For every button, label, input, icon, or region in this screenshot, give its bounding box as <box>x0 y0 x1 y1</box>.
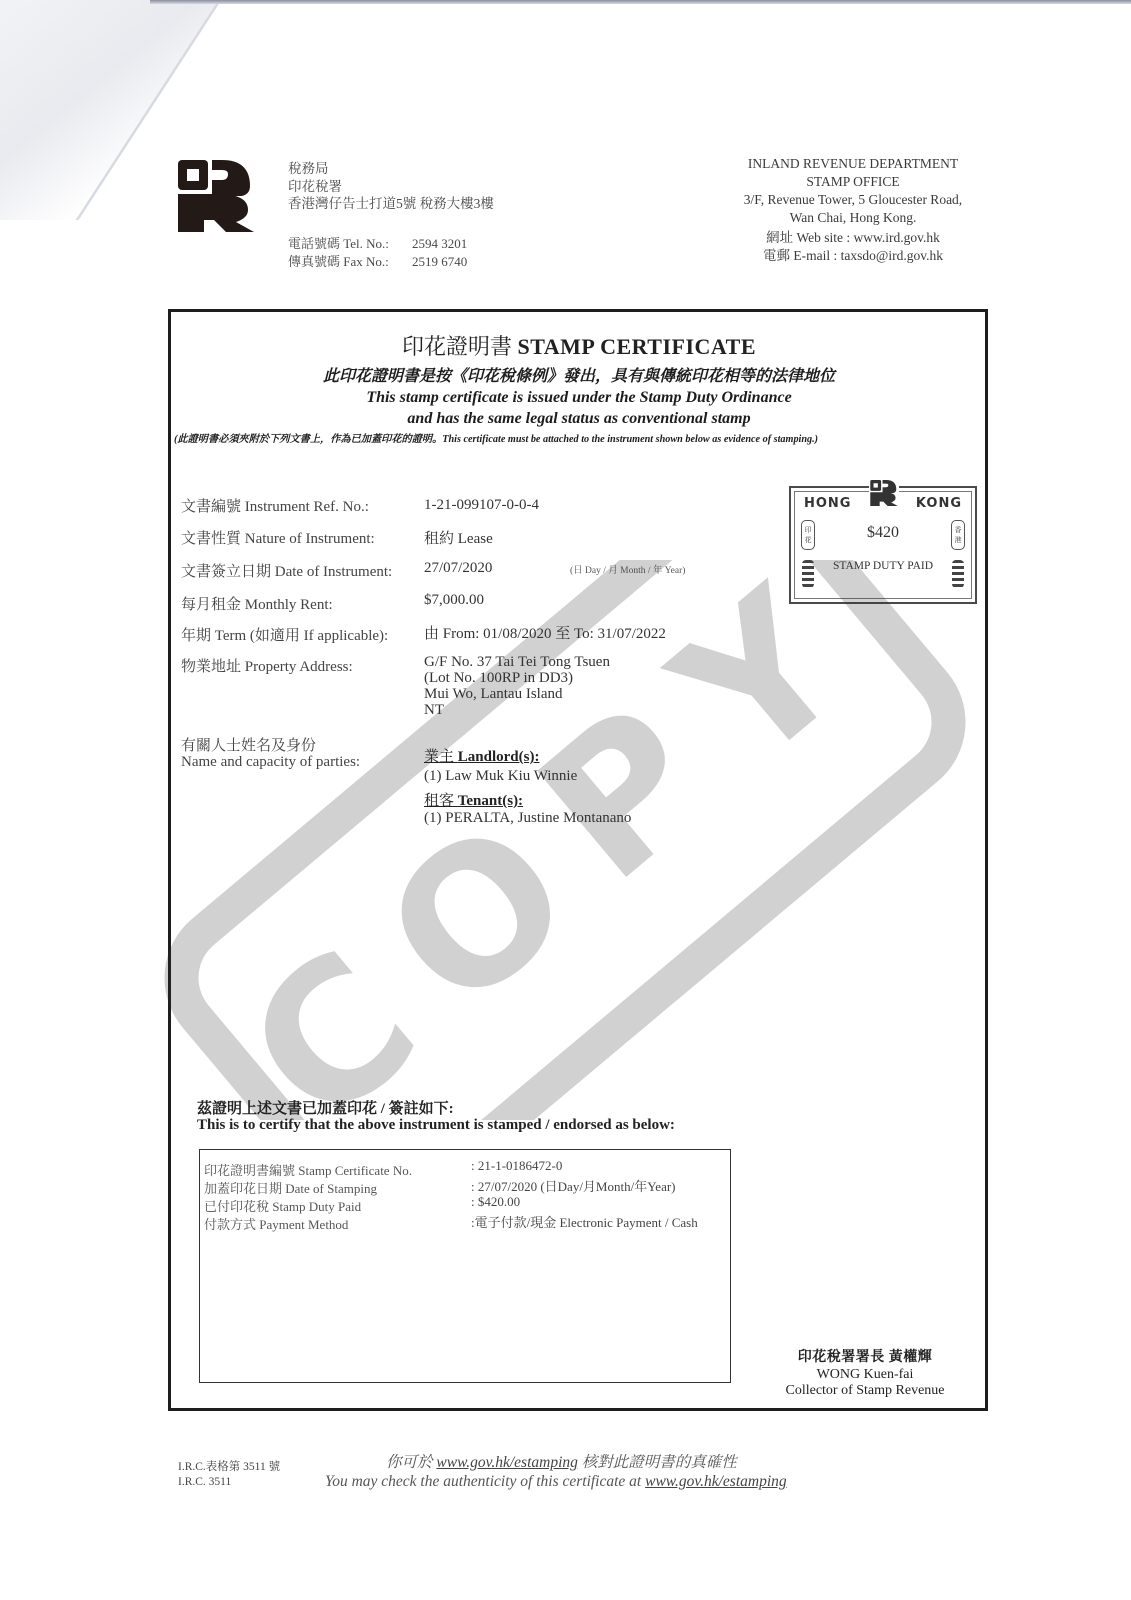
stamping-date-label: 加蓋印花日期 Date of Stamping <box>204 1178 377 1197</box>
date-label: 文書簽立日期 Date of Instrument: <box>181 560 392 581</box>
form-number-cn: I.R.C.表格第 3511 號 <box>178 1458 280 1474</box>
address-line: G/F No. 37 Tai Tei Tong Tsuen <box>424 654 610 670</box>
duty-paid-label: 已付印花稅 Stamp Duty Paid <box>204 1196 361 1215</box>
letterhead-en: INLAND REVENUE DEPARTMENT STAMP OFFICE 3… <box>728 155 978 265</box>
certificate-title: 印花證明書 STAMP CERTIFICATE <box>168 330 990 361</box>
landlord-item: (1) Law Muk Kiu Winnie <box>424 768 577 785</box>
landlord-heading-cn: 業主 <box>424 749 454 765</box>
property-address: G/F No. 37 Tai Tei Tong Tsuen (Lot No. 1… <box>424 654 610 718</box>
instrument-ref-value: 1-21-099107-0-0-4 <box>424 497 539 514</box>
stamp-amount: $420 <box>791 524 975 542</box>
address-line: (Lot No. 100RP in DD3) <box>424 670 610 686</box>
tenant-heading-cn: 租客 <box>424 793 454 809</box>
scan-edge <box>150 0 1131 4</box>
term-value: 由 From: 01/08/2020 至 To: 31/07/2022 <box>424 622 666 643</box>
signatory-cn: 印花稅署署長 黃權輝 <box>760 1346 970 1366</box>
address-label: 物業地址 Property Address: <box>181 655 353 676</box>
stamp-hong: HONG <box>801 496 854 511</box>
verify-cn-pre: 你可於 <box>386 1454 433 1471</box>
address-en-2: Wan Chai, Hong Kong. <box>728 209 978 227</box>
address-line: Mui Wo, Lantau Island <box>424 686 610 702</box>
email-link[interactable]: taxsdo@ird.gov.hk <box>841 248 943 263</box>
stamp-paid-text: STAMP DUTY PAID <box>791 560 975 572</box>
tel-label: 電話號碼 Tel. No.: <box>288 235 412 253</box>
payment-method-label: 付款方式 Payment Method <box>204 1214 348 1233</box>
tenant-item: (1) PERALTA, Justine Montanano <box>424 810 631 827</box>
certify-heading-en: This is to certify that the above instru… <box>197 1117 675 1134</box>
email-label: 電郵 E-mail : <box>763 248 837 263</box>
verify-cn-post: 核對此證明書的真確性 <box>582 1454 737 1471</box>
office-cn: 印花稅署 <box>288 178 494 196</box>
dept-en: INLAND REVENUE DEPARTMENT <box>728 155 978 173</box>
office-en: STAMP OFFICE <box>728 173 978 191</box>
signatory-name: WONG Kuen-fai <box>760 1367 970 1383</box>
term-label: 年期 Term (如適用 If applicable): <box>181 624 388 645</box>
subtitle-cn: 此印花證明書是按《印花稅條例》發出，具有與傳統印花相等的法律地位 <box>168 366 990 387</box>
subtitle-en-2: and has the same legal status as convent… <box>168 408 990 429</box>
monthly-rent-label: 每月租金 Monthly Rent: <box>181 593 333 614</box>
fax-number: 2519 6740 <box>412 253 467 271</box>
verify-en-pre: You may check the authenticity of this c… <box>325 1473 641 1490</box>
certify-heading-cn: 茲證明上述文書已加蓋印花 / 簽註如下: <box>197 1097 454 1118</box>
tenant-heading: 租客 Tenant(s): <box>424 789 523 810</box>
address-en-1: 3/F, Revenue Tower, 5 Gloucester Road, <box>728 191 978 209</box>
dept-cn: 稅務局 <box>288 160 494 178</box>
cert-no-label: 印花證明書編號 Stamp Certificate No. <box>204 1160 412 1179</box>
website-label: 網址 Web site : <box>766 230 850 245</box>
subtitle-en-1: This stamp certificate is issued under t… <box>168 387 990 408</box>
title-en: STAMP CERTIFICATE <box>517 334 756 359</box>
date-value: 27/07/2020 <box>424 560 492 577</box>
signatory-title: Collector of Stamp Revenue <box>760 1383 970 1399</box>
title-cn: 印花證明書 <box>402 334 512 359</box>
stamp-kong: KONG <box>913 496 965 511</box>
date-format-hint: (日 Day / 月 Month / 年 Year) <box>570 562 685 576</box>
stamping-date-value: : 27/07/2020 (日Day/月Month/年Year) <box>471 1176 676 1195</box>
contact-numbers: 電話號碼 Tel. No.:2594 3201 傳真號碼 Fax No.:251… <box>288 235 467 271</box>
certificate-subtitle: 此印花證明書是按《印花稅條例》發出，具有與傳統印花相等的法律地位 This st… <box>168 366 990 429</box>
parties-label-cn: 有關人士姓名及身份 <box>181 738 360 754</box>
verify-line-en: You may check the authenticity of this c… <box>325 1473 787 1491</box>
attachment-note: (此證明書必須夾附於下列文書上，作為已加蓋印花的證明。This certific… <box>174 430 988 445</box>
parties-label-en: Name and capacity of parties: <box>181 754 360 770</box>
landlord-heading-en: Landlord(s): <box>458 749 540 765</box>
parties-label: 有關人士姓名及身份 Name and capacity of parties: <box>181 738 360 770</box>
estamping-link[interactable]: www.gov.hk/estamping <box>645 1473 787 1490</box>
tel-number: 2594 3201 <box>412 235 467 253</box>
stamp-duty-paid-stamp: HONG KONG 印花 香港 $420 STAMP DUTY PAID <box>789 486 977 604</box>
tenant-heading-en: Tenant(s): <box>458 793 523 809</box>
fax-label: 傳真號碼 Fax No.: <box>288 253 412 271</box>
website-link[interactable]: www.ird.gov.hk <box>854 230 940 245</box>
instrument-ref-label: 文書編號 Instrument Ref. No.: <box>181 495 369 516</box>
address-cn: 香港灣仔告士打道5號 稅務大樓3樓 <box>288 195 494 213</box>
payment-method-value: :電子付款/現金 Electronic Payment / Cash <box>471 1212 698 1231</box>
ird-logo-icon <box>869 480 899 506</box>
verify-line-cn: 你可於 www.gov.hk/estamping 核對此證明書的真確性 <box>386 1450 737 1472</box>
nature-label: 文書性質 Nature of Instrument: <box>181 527 375 548</box>
estamping-link[interactable]: www.gov.hk/estamping <box>436 1454 578 1471</box>
letterhead-cn: 稅務局 印花稅署 香港灣仔告士打道5號 稅務大樓3樓 <box>288 160 494 213</box>
ird-logo-icon <box>178 160 254 232</box>
form-number-en: I.R.C. 3511 <box>178 1476 231 1488</box>
address-line: NT <box>424 702 610 718</box>
monthly-rent-value: $7,000.00 <box>424 592 484 609</box>
cert-no-value: : 21-1-0186472-0 <box>471 1158 562 1174</box>
duty-paid-value: : $420.00 <box>471 1194 520 1210</box>
nature-value: 租約 Lease <box>424 527 493 548</box>
landlord-heading: 業主 Landlord(s): <box>424 745 539 766</box>
